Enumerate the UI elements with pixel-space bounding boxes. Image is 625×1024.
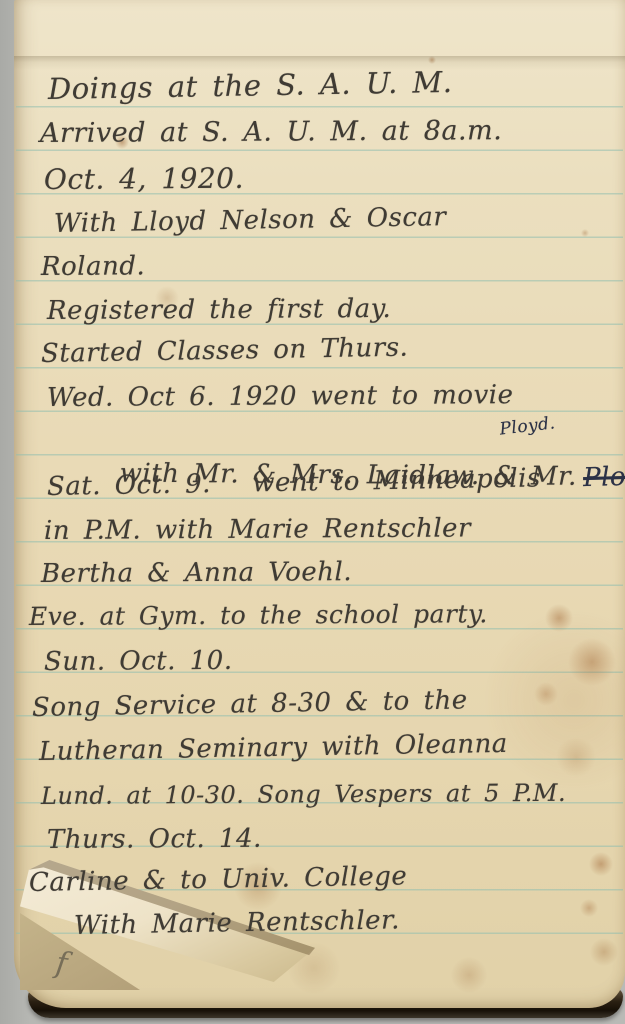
diary-line: Eve. at Gym. to the school party. (29, 599, 488, 631)
diary-line: Sun. Oct. 10. (44, 646, 233, 677)
diary-line: Bertha & Anna Voehl. (41, 557, 352, 589)
diary-line: in P.M. with Marie Rentschler (44, 513, 471, 546)
diary-line: Registered the first day. (47, 294, 391, 326)
diary-line: Arrived at S. A. U. M. at 8a.m. (40, 115, 502, 149)
diary-line: With Marie Rentschler. (74, 905, 400, 941)
diary-line: Song Service at 8-30 & to the (32, 685, 468, 723)
diary-line: Lund. at 10-30. Song Vespers at 5 P.M. (41, 779, 566, 810)
struck-word: Ployd (582, 461, 625, 493)
stray-pencil-mark: f (54, 945, 70, 981)
diary-line: Carline & to Univ. College (29, 861, 408, 898)
diary-line: With Lloyd Nelson & Oscar (54, 202, 447, 239)
ink-annotation: Ployd. (498, 413, 556, 439)
diary-line: Thurs. Oct. 14. (47, 824, 262, 855)
notebook-page: Doings at the S. A. U. M. Arrived at S. … (14, 0, 625, 1008)
diary-line: Doings at the S. A. U. M. (48, 65, 453, 106)
diary-line: Wed. Oct 6. 1920 went to movie (47, 380, 514, 413)
diary-line: Roland. (41, 251, 145, 282)
diary-line: Lutheran Seminary with Oleanna (39, 729, 508, 767)
handwritten-entries: Doings at the S. A. U. M. Arrived at S. … (14, 0, 625, 1008)
scanned-notebook-photo: { "doc": { "paper_color": "#e9dab6", "ru… (0, 0, 625, 1024)
diary-line: Started Classes on Thurs. (41, 333, 409, 369)
diary-line: Oct. 4, 1920. (44, 162, 244, 196)
